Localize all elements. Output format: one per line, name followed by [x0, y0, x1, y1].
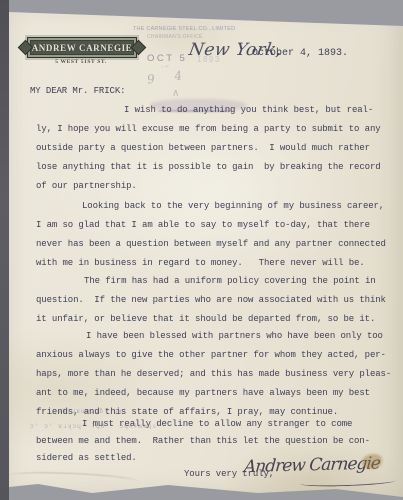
letter-line: ly, I hope you will excuse me from being…	[36, 120, 392, 139]
letterhead-name: ANDREW CARNEGIE	[32, 43, 133, 53]
letter-line: The firm has had a uniform policy coveri…	[36, 272, 392, 291]
letter-line: ant to me, indeed, because my partners h…	[36, 384, 392, 403]
date-line: October 4, 1893.	[252, 48, 348, 59]
letter-line: with me in business in regard to money. …	[36, 254, 392, 273]
salutation: MY DEAR Mr. FRICK:	[30, 86, 125, 96]
letter-line: lose anything that it is possible to gai…	[36, 158, 392, 177]
letter-line: I have been blessed with partners who ha…	[36, 327, 392, 346]
paragraph: The firm has had a uniform policy coveri…	[36, 272, 392, 329]
letter-line: haps, more than he deserved; and this ha…	[36, 365, 392, 384]
letter-line: never has been a question between myself…	[36, 235, 392, 254]
paper-crease	[8, 470, 138, 487]
letter-paper: ANDREW CARNEGIE 5 WEST 51ST ST. THE CARN…	[0, 0, 403, 500]
letter-line: anxious always to give the other partner…	[36, 346, 392, 365]
received-stamp-date: OCT 5	[147, 53, 187, 64]
letter-line: I am so glad that I am able to say to my…	[36, 216, 392, 235]
letterhead-name-plate: ANDREW CARNEGIE	[27, 37, 137, 58]
scan-background-edge	[0, 0, 9, 500]
paragraph: Looking back to the very beginning of my…	[36, 197, 392, 273]
letter-line: outside party a question between partner…	[36, 139, 392, 158]
letter-line: between me and them. Rather than this le…	[36, 433, 392, 450]
letterhead-address: 5 WEST 51ST ST.	[27, 59, 135, 65]
pencil-mark-caret: ∧	[172, 88, 179, 99]
signature-flourish	[300, 476, 396, 487]
paragraph: I wish to do anything you think best, bu…	[36, 101, 392, 196]
ghost-offset-text: ɐʇ'ɹɐuuɔɥƃ' ɥʍ'	[58, 408, 127, 415]
pencil-mark-figures: 9 4	[146, 67, 190, 86]
letterhead-ornament-icon	[131, 40, 147, 56]
received-stamp-company: THE CARNEGIE STEEL CO., LIMITED	[133, 26, 235, 32]
letter-line: question. If the new parties who are now…	[36, 291, 392, 310]
letter-line: of our partnership.	[36, 177, 392, 196]
letter-line: Looking back to the very beginning of my…	[36, 197, 392, 216]
letter-line: I wish to do anything you think best, bu…	[36, 101, 392, 120]
ghost-offset-text: ɔ' ɔ' ɐɹʞɔɥ' ʇɥd'' ɔɥʌʇɯǝɥs'	[30, 423, 162, 430]
